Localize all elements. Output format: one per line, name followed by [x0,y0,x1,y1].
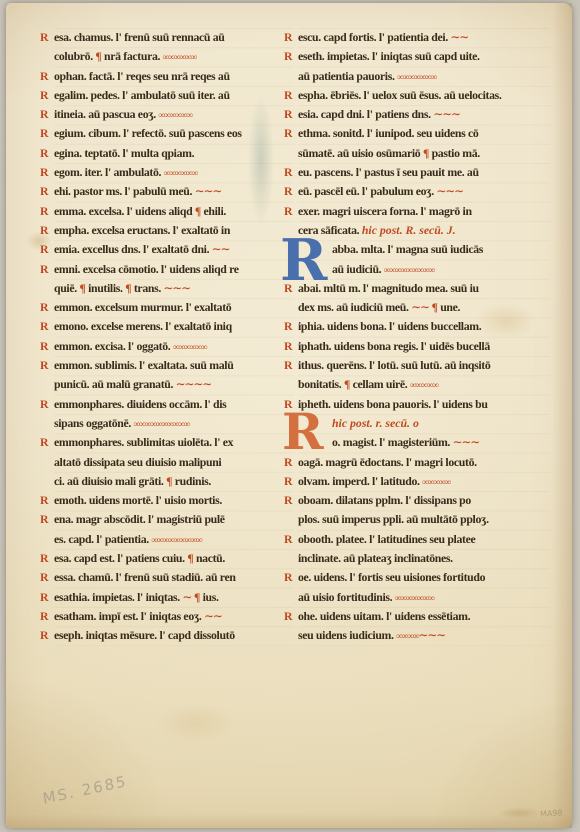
line-filler-wave: ∼∼∼ [419,628,446,642]
text-line: Riphath. uidens bona regis. l' uidēs buc… [298,337,550,356]
text-line: colubrō. ¶ nrā factura. ∞∞∞∞∞∞ [54,47,294,66]
entry-text: emmon. sublimis. l' exaltata. suū malū [54,358,233,372]
leaf-bottom-edge [6,814,572,828]
entry-initial: R [284,472,298,491]
text-line: altatō dissipata seu diuisio malipuni [54,453,294,472]
line-filler-wave: ∼∼∼ [195,184,222,198]
text-line: Resatham. impī est. l' iniqtas eoʒ. ∼∼ [54,607,294,626]
entry-text: abba. mlta. l' magna suū iudicās [332,242,483,256]
entry-initial: R [40,28,54,47]
entry-text: bonitatis. [298,377,344,391]
entry-text: ohe. uidens uitam. l' uidens essētiam. [298,609,470,623]
text-line: Remmonphares. diuidens occām. l' dis [54,395,294,414]
text-line: Roe. uidens. l' fortis seu uisiones fort… [298,568,550,587]
line-filler-wave: ∼ [182,590,191,604]
entry-text: olvam. imperd. l' latitudo. [298,474,422,488]
entry-text: ithus. querēns. l' lotū. suū lutū. aū in… [298,358,490,372]
entry-text: espha. ēbriēs. l' uelox suū ēsus. aū uel… [298,88,501,102]
text-line: Remma. excelsa. l' uidens aliqd ¶ ehili. [54,202,294,221]
line-filler: ∞∞∞∞ [396,632,418,642]
entry-text: egina. teptatō. l' multa qpiam. [54,146,194,160]
entry-text: sipans oggatōnē. [54,416,134,430]
entry-text: ena. magr abscōdit. l' magistriū pulē [54,512,225,526]
entry-text: esia. capd dni. l' patiens dns. [298,107,433,121]
entry-initial: R [40,337,54,356]
entry-initial: R [40,221,54,240]
entry-initial: R [284,124,298,143]
entry-text: quiē. [54,281,79,295]
text-line: bonitatis. ¶ cellam uirē. ∞∞∞∞∞ [298,375,550,394]
entry-initial: R [284,356,298,375]
entry-text: empha. excelsa eructans. l' exaltatō in [54,223,230,237]
entry-initial: R [40,298,54,317]
entry-initial: R [40,317,54,336]
entry-initial: R [40,568,54,587]
text-line: Rescu. capd fortis. l' patientia dei. ∼∼ [298,28,550,47]
entry-text: eseth. impietas. l' iniqtas suū capd uit… [298,49,480,63]
text-line: punicū. aū malū granatū. ∼∼∼∼ [54,375,294,394]
manuscript-leaf: Resa. chamus. l' frenū suū rennacū aūcol… [6,3,572,828]
text-line: dex ms. aū iudiciū meū. ∼∼ ¶ une. [298,298,550,317]
line-filler-wave: ∼∼ [204,609,222,623]
entry-initial: R [284,568,298,587]
text-line: Rena. magr abscōdit. l' magistriū pulē [54,510,294,529]
text-line: Remni. excelsa cōmotio. l' uidens aliqd … [54,260,294,279]
entry-text: inclinate. aū plateaʒ inclinatōnes. [298,551,453,565]
entry-text: emoth. uidens mortē. l' uisio mortis. [54,493,222,507]
line-filler: ∞∞∞∞∞∞∞ [397,73,436,83]
entry-text: obooth. platee. l' latitudines seu plate… [298,532,475,546]
entry-initial: R [284,105,298,124]
entry-text: es. capd. l' patientia. [54,532,151,546]
entry-text: pastio mā. [429,146,480,160]
entry-text: ipheth. uidens bona pauoris. l' uidens b… [298,397,488,411]
line-filler: ∞∞∞∞∞ [422,478,450,488]
entry-text: ci. aū diuisio mali grāti. [54,474,166,488]
text-line: Respha. ēbriēs. l' uelox suū ēsus. aū ue… [298,86,550,105]
line-filler-wave: ∼∼∼ [436,184,463,198]
entry-text: eu. pascens. l' pastus ī seu pauit me. a… [298,165,479,179]
entry-text: essa. chamū. l' frenū suū stadiū. aū ren [54,570,236,584]
entry-text: egium. cibum. l' refectō. suū pascens eo… [54,126,242,140]
entry-initial: R [40,260,54,279]
text-line: Regom. iter. l' ambulatō. ∞∞∞∞∞∞ [54,163,294,182]
entry-text: o. magist. l' magisteriūm. [332,435,453,449]
entry-initial: R [284,607,298,626]
entry-text: nactū. [193,551,225,565]
text-line: Robooth. platee. l' latitudines seu plat… [298,530,550,549]
text-line: Rethma. sonitd. l' iunipod. seu uidens c… [298,124,550,143]
entry-text: emmonphares. sublimitas uiolēta. l' ex [54,435,233,449]
entry-text: rudinis. [172,474,211,488]
line-filler: ∞∞∞∞∞∞∞∞∞∞ [134,420,190,430]
line-filler: ∞∞∞∞∞ [410,381,438,391]
text-line: Rithus. querēns. l' lotū. suū lutū. aū i… [298,356,550,375]
entry-text: emono. excelse merens. l' exaltatō iniq [54,319,232,333]
line-filler-wave: ∼∼∼ [164,281,191,295]
entry-text: punicū. aū malū granatū. [54,377,176,391]
text-line: aū patientia pauoris. ∞∞∞∞∞∞∞ [298,67,550,86]
text-line: Roagā. magrū ēdoctans. l' magri locutō. [298,453,550,472]
entry-initial: R [40,105,54,124]
leaf-right-edge [552,3,572,828]
text-line: aū iudiciū. ∞∞∞∞∞∞∞∞∞ [298,260,550,279]
line-filler-wave: ∼∼∼ [453,435,480,449]
corner-annotation: MA98 [540,808,563,819]
text-line: Rempha. excelsa eructans. l' exaltatō in [54,221,294,240]
entry-initial: R [40,163,54,182]
entry-text: inutilis. [85,281,125,295]
entry-text: altatō dissipata seu diuisio malipuni [54,455,221,469]
text-line: Reseph. iniqtas mēsure. l' capd dissolut… [54,626,294,645]
line-filler: ∞∞∞∞∞∞∞∞∞ [151,536,201,546]
line-filler-wave: ∼∼ [411,300,429,314]
entry-text: aū iudiciū. [332,262,384,276]
entry-text: emia. excellus dns. l' exaltatō dni. [54,242,212,256]
line-filler: ∞∞∞∞∞∞ [163,53,196,63]
line-filler: ∞∞∞∞∞∞ [159,111,192,121]
entry-text: oagā. magrū ēdoctans. l' magri locutō. [298,455,477,469]
text-line: Ritineia. aū pascua eoʒ. ∞∞∞∞∞∞ [54,105,294,124]
text-line: inclinate. aū plateaʒ inclinatōnes. [298,549,550,568]
entry-text: dex ms. aū iudiciū meū. [298,300,411,314]
text-line: Ressa. chamū. l' frenū suū stadiū. aū re… [54,568,294,587]
entry-initial: R [284,491,298,510]
text-line: aū uisio fortitudinis. ∞∞∞∞∞∞∞ [298,588,550,607]
text-line: Remmonphares. sublimitas uiolēta. l' ex [54,433,294,452]
entry-text: oboam. dilatans pplm. l' dissipans po [298,493,471,507]
entry-text: ius. [200,590,219,604]
entry-initial: R [40,124,54,143]
text-line: ci. aū diuisio mali grāti. ¶ rudinis. [54,472,294,491]
entry-initial: R [40,491,54,510]
text-line: hic post. r. secū. o [298,414,550,433]
text-line: Rehi. pastor ms. l' pabulū meū. ∼∼∼ [54,182,294,201]
rubric-text: hic post. r. secū. o [332,416,419,430]
text-line: seu uidens iudicium. ∞∞∞∞∼∼∼ [298,626,550,645]
entry-text: ehili. [201,204,226,218]
entry-initial: R [40,607,54,626]
entry-text: emni. excelsa cōmotio. l' uidens aliqd r… [54,262,239,276]
entry-text: esathia. impietas. l' iniqtas. [54,590,182,604]
entry-initial: R [284,317,298,336]
entry-text: egalim. pedes. l' ambulatō suū iter. aū [54,88,230,102]
entry-text: une. [438,300,461,314]
entry-text: iphath. uidens bona regis. l' uidēs buce… [298,339,490,353]
entry-initial: R [40,67,54,86]
entry-text: ehi. pastor ms. l' pabulū meū. [54,184,195,198]
text-line: o. magist. l' magisteriūm. ∼∼∼ [298,433,550,452]
line-filler-wave: ∼∼ [212,242,230,256]
entry-text: emmon. excelsum murmur. l' exaltatō [54,300,231,314]
entry-text: nrā factura. [101,49,162,63]
entry-text: cellam uirē. [350,377,410,391]
line-filler: ∞∞∞∞∞∞ [173,343,206,353]
text-line: Rohe. uidens uitam. l' uidens essētiam. [298,607,550,626]
text-line: Reseth. impietas. l' iniqtas suū capd ui… [298,47,550,66]
text-line: es. capd. l' patientia. ∞∞∞∞∞∞∞∞∞ [54,530,294,549]
foxing-spot [156,703,236,743]
text-line: Resa. capd est. l' patiens cuiu. ¶ nactū… [54,549,294,568]
text-line: Remmon. excisa. l' oggatō. ∞∞∞∞∞∞ [54,337,294,356]
text-line: Rolvam. imperd. l' latitudo. ∞∞∞∞∞ [298,472,550,491]
entry-text: aū patientia pauoris. [298,69,397,83]
text-line: Remono. excelse merens. l' exaltatō iniq [54,317,294,336]
text-line: Rabai. mltū m. l' magnitudo mea. suū iu [298,279,550,298]
text-line: Roboam. dilatans pplm. l' dissipans po [298,491,550,510]
text-line: cera sāficata. hic post. R. secū. J. [298,221,550,240]
text-column-left: Resa. chamus. l' frenū suū rennacū aūcol… [54,28,294,646]
entry-initial: R [40,433,54,452]
entry-initial: R [284,47,298,66]
entry-text: oe. uidens. l' fortis seu uisiones forti… [298,570,485,584]
entry-text: iphia. uidens bona. l' uidens buccellam. [298,319,481,333]
entry-text: emmon. excisa. l' oggatō. [54,339,173,353]
entry-text: esatham. impī est. l' iniqtas eoʒ. [54,609,204,623]
text-line: Reū. pascēl eū. l' pabulum eoʒ. ∼∼∼ [298,182,550,201]
entry-initial: R [284,182,298,201]
entry-initial: R [40,588,54,607]
text-line: Rexer. magri uiscera forna. l' magrō in [298,202,550,221]
entry-text: seu uidens iudicium. [298,628,396,642]
entry-initial: R [284,163,298,182]
line-filler: ∞∞∞∞∞∞∞∞∞ [384,266,434,276]
entry-initial: R [284,337,298,356]
entry-initial: R [40,395,54,414]
entry-text: plos. suū imperus ppli. aū multātō pploʒ… [298,512,489,526]
entry-text: eū. pascēl eū. l' pabulum eoʒ. [298,184,436,198]
text-line: Ripheth. uidens bona pauoris. l' uidens … [298,395,550,414]
text-line: sūmatē. aū uisio osūmariō ¶ pastio mā. [298,144,550,163]
entry-text: eseph. iniqtas mēsure. l' capd dissolutō [54,628,235,642]
line-filler: ∞∞∞∞∞∞ [164,169,197,179]
line-filler-wave: ∼∼∼ [433,107,460,121]
text-line: Regalim. pedes. l' ambulatō suū iter. aū [54,86,294,105]
entry-text: emmonphares. diuidens occām. l' dis [54,397,226,411]
entry-initial: R [284,28,298,47]
text-line: abba. mlta. l' magna suū iudicās [298,240,550,259]
text-line: Remia. excellus dns. l' exaltatō dni. ∼∼ [54,240,294,259]
shelfmark-pencil: MS. 2685 [42,772,129,808]
text-line: Riphia. uidens bona. l' uidens buccellam… [298,317,550,336]
ink-smudge [498,807,542,819]
text-line: Remmon. sublimis. l' exaltata. suū malū [54,356,294,375]
entry-text: escu. capd fortis. l' patientia dei. [298,30,451,44]
text-line: Resia. capd dni. l' patiens dns. ∼∼∼ [298,105,550,124]
entry-text: sūmatē. aū uisio osūmariō [298,146,423,160]
text-line: Resathia. impietas. l' iniqtas. ∼ ¶ ius. [54,588,294,607]
entry-text: aū uisio fortitudinis. [298,590,395,604]
text-line: Reu. pascens. l' pastus ī seu pauit me. … [298,163,550,182]
entry-text: emma. excelsa. l' uidens aliqd [54,204,195,218]
entry-text: ophan. factā. l' reqes seu nrā reqes aū [54,69,230,83]
text-line: Remoth. uidens mortē. l' uisio mortis. [54,491,294,510]
text-column-right: Rescu. capd fortis. l' patientia dei. ∼∼… [298,28,550,646]
entry-initial: R [284,202,298,221]
text-line: Regina. teptatō. l' multa qpiam. [54,144,294,163]
text-line: sipans oggatōnē. ∞∞∞∞∞∞∞∞∞∞ [54,414,294,433]
entry-text: colubrō. [54,49,95,63]
entry-text: esa. capd est. l' patiens cuiu. [54,551,187,565]
text-line: quiē. ¶ inutilis. ¶ trans. ∼∼∼ [54,279,294,298]
entry-initial: R [40,626,54,645]
entry-initial: R [284,86,298,105]
entry-text: ethma. sonitd. l' iunipod. seu uidens cō [298,126,478,140]
line-filler: ∞∞∞∞∞∞∞ [395,594,434,604]
entry-text: exer. magri uiscera forna. l' magrō in [298,204,472,218]
line-filler-wave: ∼∼∼∼ [176,377,212,391]
text-line: plos. suū imperus ppli. aū multātō pploʒ… [298,510,550,529]
text-line: Rophan. factā. l' reqes seu nrā reqes aū [54,67,294,86]
blue-lombardic-initial: R [280,235,327,286]
entry-initial: R [40,86,54,105]
text-line: Regium. cibum. l' refectō. suū pascens e… [54,124,294,143]
entry-initial: R [40,240,54,259]
entry-initial: R [40,144,54,163]
entry-initial: R [40,356,54,375]
text-line: Remmon. excelsum murmur. l' exaltatō [54,298,294,317]
line-filler-wave: ∼∼ [451,30,469,44]
entry-initial: R [40,182,54,201]
entry-initial: R [40,549,54,568]
text-block: Resa. chamus. l' frenū suū rennacū aūcol… [54,28,550,646]
rubric-text: hic post. R. secū. J. [362,223,456,237]
text-line: Resa. chamus. l' frenū suū rennacū aū [54,28,294,47]
entry-initial: R [40,202,54,221]
entry-initial: R [284,530,298,549]
entry-text: egom. iter. l' ambulatō. [54,165,164,179]
entry-text: esa. chamus. l' frenū suū rennacū aū [54,30,225,44]
entry-initial: R [40,510,54,529]
red-lombardic-initial: R [282,409,323,454]
entry-text: itineia. aū pascua eoʒ. [54,107,159,121]
entry-text: trans. [131,281,163,295]
